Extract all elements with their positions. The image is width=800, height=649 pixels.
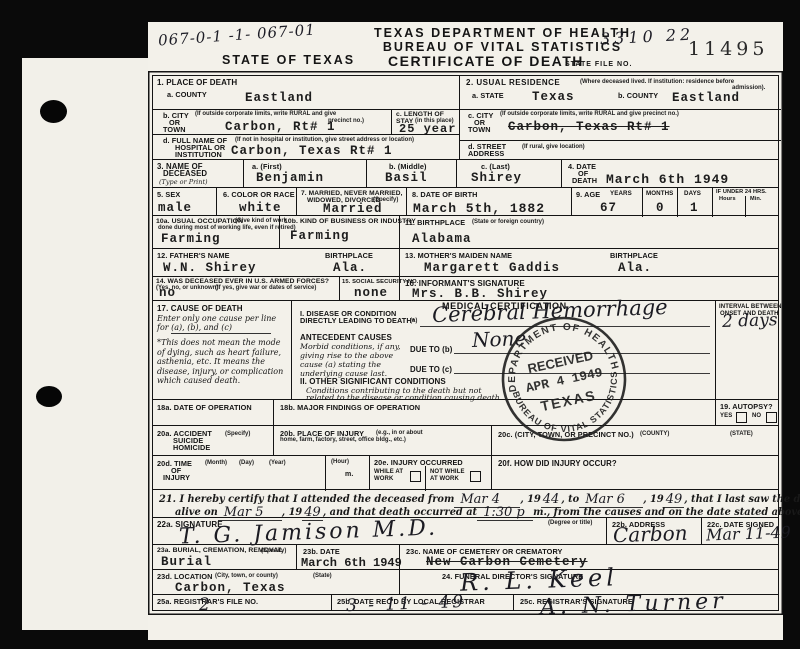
field-accident-suicide: 20a. ACCIDENT SUICIDE HOMICIDE (Specify) — [153, 426, 273, 455]
date-of-death-label-3: DEATH — [572, 176, 597, 185]
punch-hole-top — [40, 100, 67, 123]
field-usual-residence: 2. USUAL RESIDENCE (Where deceased lived… — [459, 76, 778, 159]
mother-birthplace-value: Ala. — [618, 261, 652, 275]
interval-value: 2 days — [722, 310, 778, 332]
burial-location-label: 23d. LOCATION — [157, 572, 213, 581]
rule-line — [712, 188, 713, 217]
field-date-of-death: 4. DATE OF DEATH March 6th 1949 — [561, 160, 778, 187]
rule-line — [153, 134, 459, 135]
usual-residence-title: 2. USUAL RESIDENCE — [466, 78, 560, 87]
field-physician-address: 22b. ADDRESS Carbon — [606, 518, 701, 544]
field-burial-location: 23d. LOCATION (City, town, or county) (S… — [153, 570, 399, 594]
burial-date-label: 23b. DATE — [303, 547, 340, 556]
occupation-paren-2: done during most of working life, even i… — [158, 225, 296, 231]
rule-line — [454, 373, 710, 374]
antecedent-label: ANTECEDENT CAUSES — [300, 333, 392, 342]
ssn-value: none — [354, 286, 388, 300]
antecedent-note: Morbid conditions, if any, giving rise t… — [300, 343, 408, 378]
rule-line — [325, 456, 326, 491]
place-of-injury-paren-1: (e.g., in or about — [376, 430, 423, 436]
cause-value-handwritten: Cerebral Hemorrhage — [432, 295, 668, 327]
middle-name-value: Basil — [385, 171, 428, 185]
rule-line — [460, 109, 781, 110]
armed-forces-paren-2: (If yes, give war or dates of service) — [215, 285, 316, 291]
sex-label: 5. SEX — [157, 190, 180, 199]
middle-name-label: b. (Middle) — [389, 162, 427, 171]
field-father-name: 12. FATHER'S NAME BIRTHPLACE W.N. Shirey… — [153, 249, 399, 276]
not-while-at-work-checkbox — [470, 471, 481, 482]
disease-a: (a) — [410, 318, 417, 324]
mother-birthplace-label: BIRTHPLACE — [610, 251, 658, 260]
mother-name-value: Margarett Gaddis — [424, 261, 560, 275]
how-injury-label: 20f. HOW DID INJURY OCCUR? — [498, 459, 617, 468]
injury-state-label: (STATE) — [730, 431, 753, 437]
industry-label: 10b. KIND OF BUSINESS OR INDUSTRY — [284, 218, 416, 225]
injury-county-label: (COUNTY) — [640, 431, 669, 437]
not-while-at-work-label-2: AT WORK — [430, 476, 459, 482]
date-of-death-value: March 6th 1949 — [606, 172, 729, 187]
field-date-of-birth: 8. DATE OF BIRTH March 5th, 1882 — [406, 188, 571, 216]
hospital-value: Carbon, Texas Rt# 1 — [231, 144, 393, 158]
usual-residence-paren: (Where deceased lived. If institution: r… — [580, 79, 734, 85]
street-address-paren: (If rural, give location) — [522, 144, 585, 150]
residence-city-label-3: TOWN — [468, 125, 491, 134]
birthplace-value: Alabama — [412, 232, 472, 246]
field-middle-name: b. (Middle) Basil — [366, 160, 456, 187]
city-town-paren: (If outside corporate limits, write RURA… — [195, 111, 336, 117]
funeral-director-signature: R. L. Keel — [460, 563, 619, 596]
rule-line — [153, 109, 459, 110]
date-received-value: 3 - 11 - 49 — [346, 592, 467, 616]
county-label: a. COUNTY — [167, 90, 207, 99]
field-registrar-signature: 25c. REGISTRAR'S SIGNATURE A. N. Turner — [513, 595, 778, 610]
city-town-value: Carbon, Rt# 1 — [225, 120, 336, 134]
other-conditions-label: II. OTHER SIGNIFICANT CONDITIONS — [300, 377, 446, 386]
color-race-value: white — [239, 201, 282, 215]
length-of-stay-label-1: c. LENGTH OF — [396, 111, 444, 118]
field-date-of-operation: 18a. DATE OF OPERATION — [153, 400, 273, 425]
field-name-label: 3. NAME OF DECEASED (Type or Print) — [153, 160, 243, 187]
field-time-of-injury: 20d. TIME OF INJURY (Month) (Day) (Year)… — [153, 456, 369, 490]
occupation-label: 10a. USUAL OCCUPATION — [156, 218, 243, 225]
age-years-value: 67 — [600, 201, 617, 215]
age-days-value: 1 — [690, 201, 699, 215]
field-birthplace: 11. BIRTHPLACE (State or foreign country… — [399, 216, 778, 248]
field-last-name: c. (Last) Shirey — [456, 160, 561, 187]
due-to-b-value: None — [472, 326, 527, 352]
injury-m-label: m. — [345, 471, 353, 478]
rule-line — [391, 109, 392, 134]
degree-title-label: (Degree or title) — [548, 520, 592, 526]
field-date-received: 25b. DATE REC'D BY LOCAL REGISTRAR 3 - 1… — [331, 595, 513, 610]
field-interval: INTERVAL BETWEEN ONSET AND DEATH 2 days — [715, 301, 778, 399]
place-of-death-title: 1. PLACE OF DEATH — [157, 78, 237, 87]
rule-line — [171, 333, 271, 334]
city-town-label-3: TOWN — [163, 125, 186, 134]
not-while-at-work-label-1: NOT WHILE — [430, 469, 465, 475]
time-of-injury-label-3: INJURY — [163, 473, 190, 482]
residence-state-label: a. STATE — [472, 91, 504, 100]
birthplace-paren: (State or foreign country) — [472, 219, 544, 225]
registrar-file-no-value: 2 — [199, 595, 211, 615]
place-of-injury-paren-2: home, farm, factory, street, office bldg… — [280, 437, 406, 443]
row-operation: 18a. DATE OF OPERATION 18b. MAJOR FINDIN… — [153, 399, 778, 425]
death-certificate-scan: NOTE THE INFORMATION CALLED FOR ON THE R… — [0, 0, 800, 649]
field-mother-name: 13. MOTHER'S MAIDEN NAME BIRTHPLACE Marg… — [399, 249, 778, 276]
row-service-informant: 14. WAS DECEASED EVER IN U.S. ARMED FORC… — [153, 276, 778, 300]
date-of-birth-value: March 5th, 1882 — [413, 201, 545, 216]
armed-forces-value: no — [159, 286, 176, 300]
county-value: Eastland — [245, 91, 313, 105]
field-medical-certification: MEDICAL CERTIFICATION I. DISEASE OR COND… — [291, 301, 715, 399]
field-age: 9. AGE YEARS MONTHS DAYS IF UNDER 24 HRS… — [571, 188, 778, 216]
age-under24-label: IF UNDER 24 HRS. — [716, 189, 767, 195]
disease-label-2: DIRECTLY LEADING TO DEATH* — [300, 316, 415, 325]
physician-address-value: Carbon — [613, 521, 688, 548]
injury-year-label: (Year) — [269, 460, 286, 466]
injury-city-label: 20c. (CITY, TOWN, OR PRECINCT NO.) — [498, 430, 634, 439]
burial-location-value: Carbon, Texas — [175, 581, 286, 595]
father-birthplace-label: BIRTHPLACE — [325, 251, 373, 260]
marital-value: Married — [323, 202, 383, 216]
row-injury-place: 20a. ACCIDENT SUICIDE HOMICIDE (Specify)… — [153, 425, 778, 455]
rule-line — [677, 188, 678, 217]
left-margin-strip: NOTE THE INFORMATION CALLED FOR ON THE R… — [22, 58, 148, 630]
autopsy-no-checkbox — [766, 412, 777, 423]
due-to-c-label: DUE TO (c) — [410, 365, 452, 374]
autopsy-yes-checkbox — [736, 412, 747, 423]
name-subtitle: (Type or Print) — [159, 178, 208, 186]
row-name: 3. NAME OF DECEASED (Type or Print) a. (… — [153, 159, 778, 187]
while-at-work-label-2: WORK — [374, 476, 393, 482]
due-to-b-label: DUE TO (b) — [410, 345, 452, 354]
age-min-label: Min. — [750, 196, 762, 202]
injury-hour-label: (Hour) — [331, 459, 349, 465]
state-of-texas: STATE OF TEXAS — [222, 53, 355, 67]
injury-occurred-label: 20e. INJURY OCCURRED — [374, 458, 463, 467]
field-physician-signature: 22a. SIGNATURE (Degree or title) T. G. J… — [153, 518, 606, 544]
age-hours-label: Hours — [719, 196, 736, 202]
residence-county-value: Eastland — [672, 91, 740, 105]
mother-name-label: 13. MOTHER'S MAIDEN NAME — [405, 251, 512, 260]
cause-of-death-label: 17. CAUSE OF DEATH — [157, 304, 243, 313]
operation-findings-label: 18b. MAJOR FINDINGS OF OPERATION — [280, 403, 420, 412]
rule-line — [425, 466, 426, 491]
row-certification: 21. I hereby certify that I attended the… — [153, 489, 778, 517]
cause-footnote: *This does not mean the mode of dying, s… — [157, 338, 285, 386]
street-address-label-2: ADDRESS — [468, 149, 504, 158]
field-date-signed: 22c. DATE SIGNED Mar 11-49 — [701, 518, 778, 544]
father-birthplace-value: Ala. — [333, 261, 367, 275]
field-place-of-injury: 20b. PLACE OF INJURY (e.g., in or about … — [273, 426, 491, 455]
father-name-value: W.N. Shirey — [163, 261, 257, 275]
last-name-value: Shirey — [471, 171, 522, 185]
autopsy-yes-label: YES — [720, 413, 732, 419]
state-file-no-label: STATE FILE NO. — [565, 61, 632, 68]
field-color-race: 6. COLOR OR RACE white — [216, 188, 296, 216]
field-operation-findings: 18b. MAJOR FINDINGS OF OPERATION — [273, 400, 715, 425]
field-marital-status: 7. MARRIED, NEVER MARRIED, WIDOWED, DIVO… — [296, 188, 406, 216]
field-ssn: 15. SOCIAL SECURITY NO. none — [339, 277, 399, 300]
field-injury-occurred: 20e. INJURY OCCURRED WHILE AT WORK NOT W… — [369, 456, 491, 490]
age-days-label: DAYS — [684, 190, 701, 197]
injury-month-label: (Month) — [205, 460, 227, 466]
field-burial-date: 23b. DATE March 6th 1949 — [296, 545, 399, 569]
row-vitals: 5. SEX male 6. COLOR OR RACE white 7. MA… — [153, 187, 778, 216]
row-physician-signature: 22a. SIGNATURE (Degree or title) T. G. J… — [153, 517, 778, 544]
burial-location-paren: (City, town, or county) — [215, 573, 278, 579]
father-name-label: 12. FATHER'S NAME — [157, 251, 230, 260]
industry-value: Farming — [290, 229, 350, 243]
accident-label-3: HOMICIDE — [173, 443, 210, 452]
field-certification-statement: 21. I hereby certify that I attended the… — [153, 490, 778, 517]
cause-note: Enter only one cause per line for (a), (… — [157, 314, 283, 332]
field-burial: 23a. BURIAL, CREMATION, REMOVAL (Specify… — [153, 545, 296, 569]
field-sex: 5. SEX male — [153, 188, 216, 216]
while-at-work-label-1: WHILE AT — [374, 469, 403, 475]
rule-line — [642, 188, 643, 217]
row-cause-of-death: 17. CAUSE OF DEATH Enter only one cause … — [153, 300, 778, 399]
residence-city-value: Carbon, Texas Rt# 1 — [508, 120, 670, 134]
burial-paren: (Specify) — [261, 548, 286, 554]
accident-paren: (Specify) — [225, 431, 250, 437]
age-months-label: MONTHS — [646, 190, 673, 197]
rule-line — [420, 326, 710, 327]
residence-county-label: b. COUNTY — [618, 91, 658, 100]
color-race-label: 6. COLOR OR RACE — [223, 190, 295, 199]
row-injury-time: 20d. TIME OF INJURY (Month) (Day) (Year)… — [153, 455, 778, 490]
age-years-label: YEARS — [610, 190, 632, 197]
last-name-label: c. (Last) — [481, 162, 510, 171]
row-occupation: 10a. USUAL OCCUPATION (Give kind of work… — [153, 215, 778, 248]
burial-date-value: March 6th 1949 — [301, 556, 402, 570]
row-parents: 12. FATHER'S NAME BIRTHPLACE W.N. Shirey… — [153, 248, 778, 276]
injury-day-label: (Day) — [239, 460, 254, 466]
date-of-operation-label: 18a. DATE OF OPERATION — [157, 403, 252, 412]
armed-forces-label: 14. WAS DECEASED EVER IN U.S. ARMED FORC… — [156, 278, 329, 285]
autopsy-label: 19. AUTOPSY? — [720, 402, 773, 411]
field-industry: 10b. KIND OF BUSINESS OR INDUSTRY Farmin… — [279, 216, 399, 248]
rule-line — [460, 140, 781, 141]
field-injury-city: 20c. (CITY, TOWN, OR PRECINCT NO.) (COUN… — [491, 426, 778, 455]
field-registrar-file-no: 25a. REGISTRAR'S FILE NO. 2 — [153, 595, 331, 610]
row-burial: 23a. BURIAL, CREMATION, REMOVAL (Specify… — [153, 544, 778, 569]
field-occupation: 10a. USUAL OCCUPATION (Give kind of work… — [153, 216, 279, 248]
field-place-of-death: 1. PLACE OF DEATH a. COUNTY Eastland b. … — [153, 76, 459, 159]
certificate-form: 1. PLACE OF DEATH a. COUNTY Eastland b. … — [152, 75, 779, 611]
field-cause-sidebar: 17. CAUSE OF DEATH Enter only one cause … — [153, 301, 291, 399]
field-first-name: a. (First) Benjamin — [243, 160, 366, 187]
field-how-injury: 20f. HOW DID INJURY OCCUR? — [491, 456, 778, 490]
residence-state-value: Texas — [532, 90, 575, 104]
age-label: 9. AGE — [576, 190, 600, 199]
occupation-value: Farming — [161, 232, 221, 246]
name-title-2: DECEASED — [163, 169, 207, 178]
burial-value: Burial — [161, 555, 212, 569]
autopsy-no-label: NO — [752, 413, 761, 419]
hospital-paren: (If not in hospital or institution, give… — [235, 137, 414, 143]
date-signed-value: Mar 11-49 — [706, 523, 791, 545]
field-autopsy: 19. AUTOPSY? YES NO — [715, 400, 778, 425]
state-file-number: 11495 — [688, 38, 768, 60]
burial-location-state-label: (State) — [313, 573, 332, 579]
first-name-label: a. (First) — [252, 162, 282, 171]
field-armed-forces: 14. WAS DECEASED EVER IN U.S. ARMED FORC… — [153, 277, 339, 300]
birthplace-label: 11. BIRTHPLACE — [405, 218, 465, 227]
while-at-work-checkbox — [410, 471, 421, 482]
residence-city-paren: (If outside corporate limits, write RURA… — [500, 111, 679, 117]
hospital-label-3: INSTITUTION — [175, 150, 222, 159]
rule-line — [745, 196, 746, 217]
first-name-value: Benjamin — [256, 171, 324, 185]
date-of-birth-label: 8. DATE OF BIRTH — [412, 190, 478, 199]
row-place-residence: 1. PLACE OF DEATH a. COUNTY Eastland b. … — [153, 76, 778, 159]
rule-line — [454, 353, 710, 354]
marital-label-1: 7. MARRIED, NEVER MARRIED, — [301, 190, 403, 197]
certificate-title: CERTIFICATE OF DEATH — [388, 53, 584, 69]
sex-value: male — [158, 201, 192, 215]
age-months-value: 0 — [656, 201, 665, 215]
punch-hole-bottom — [36, 386, 62, 407]
